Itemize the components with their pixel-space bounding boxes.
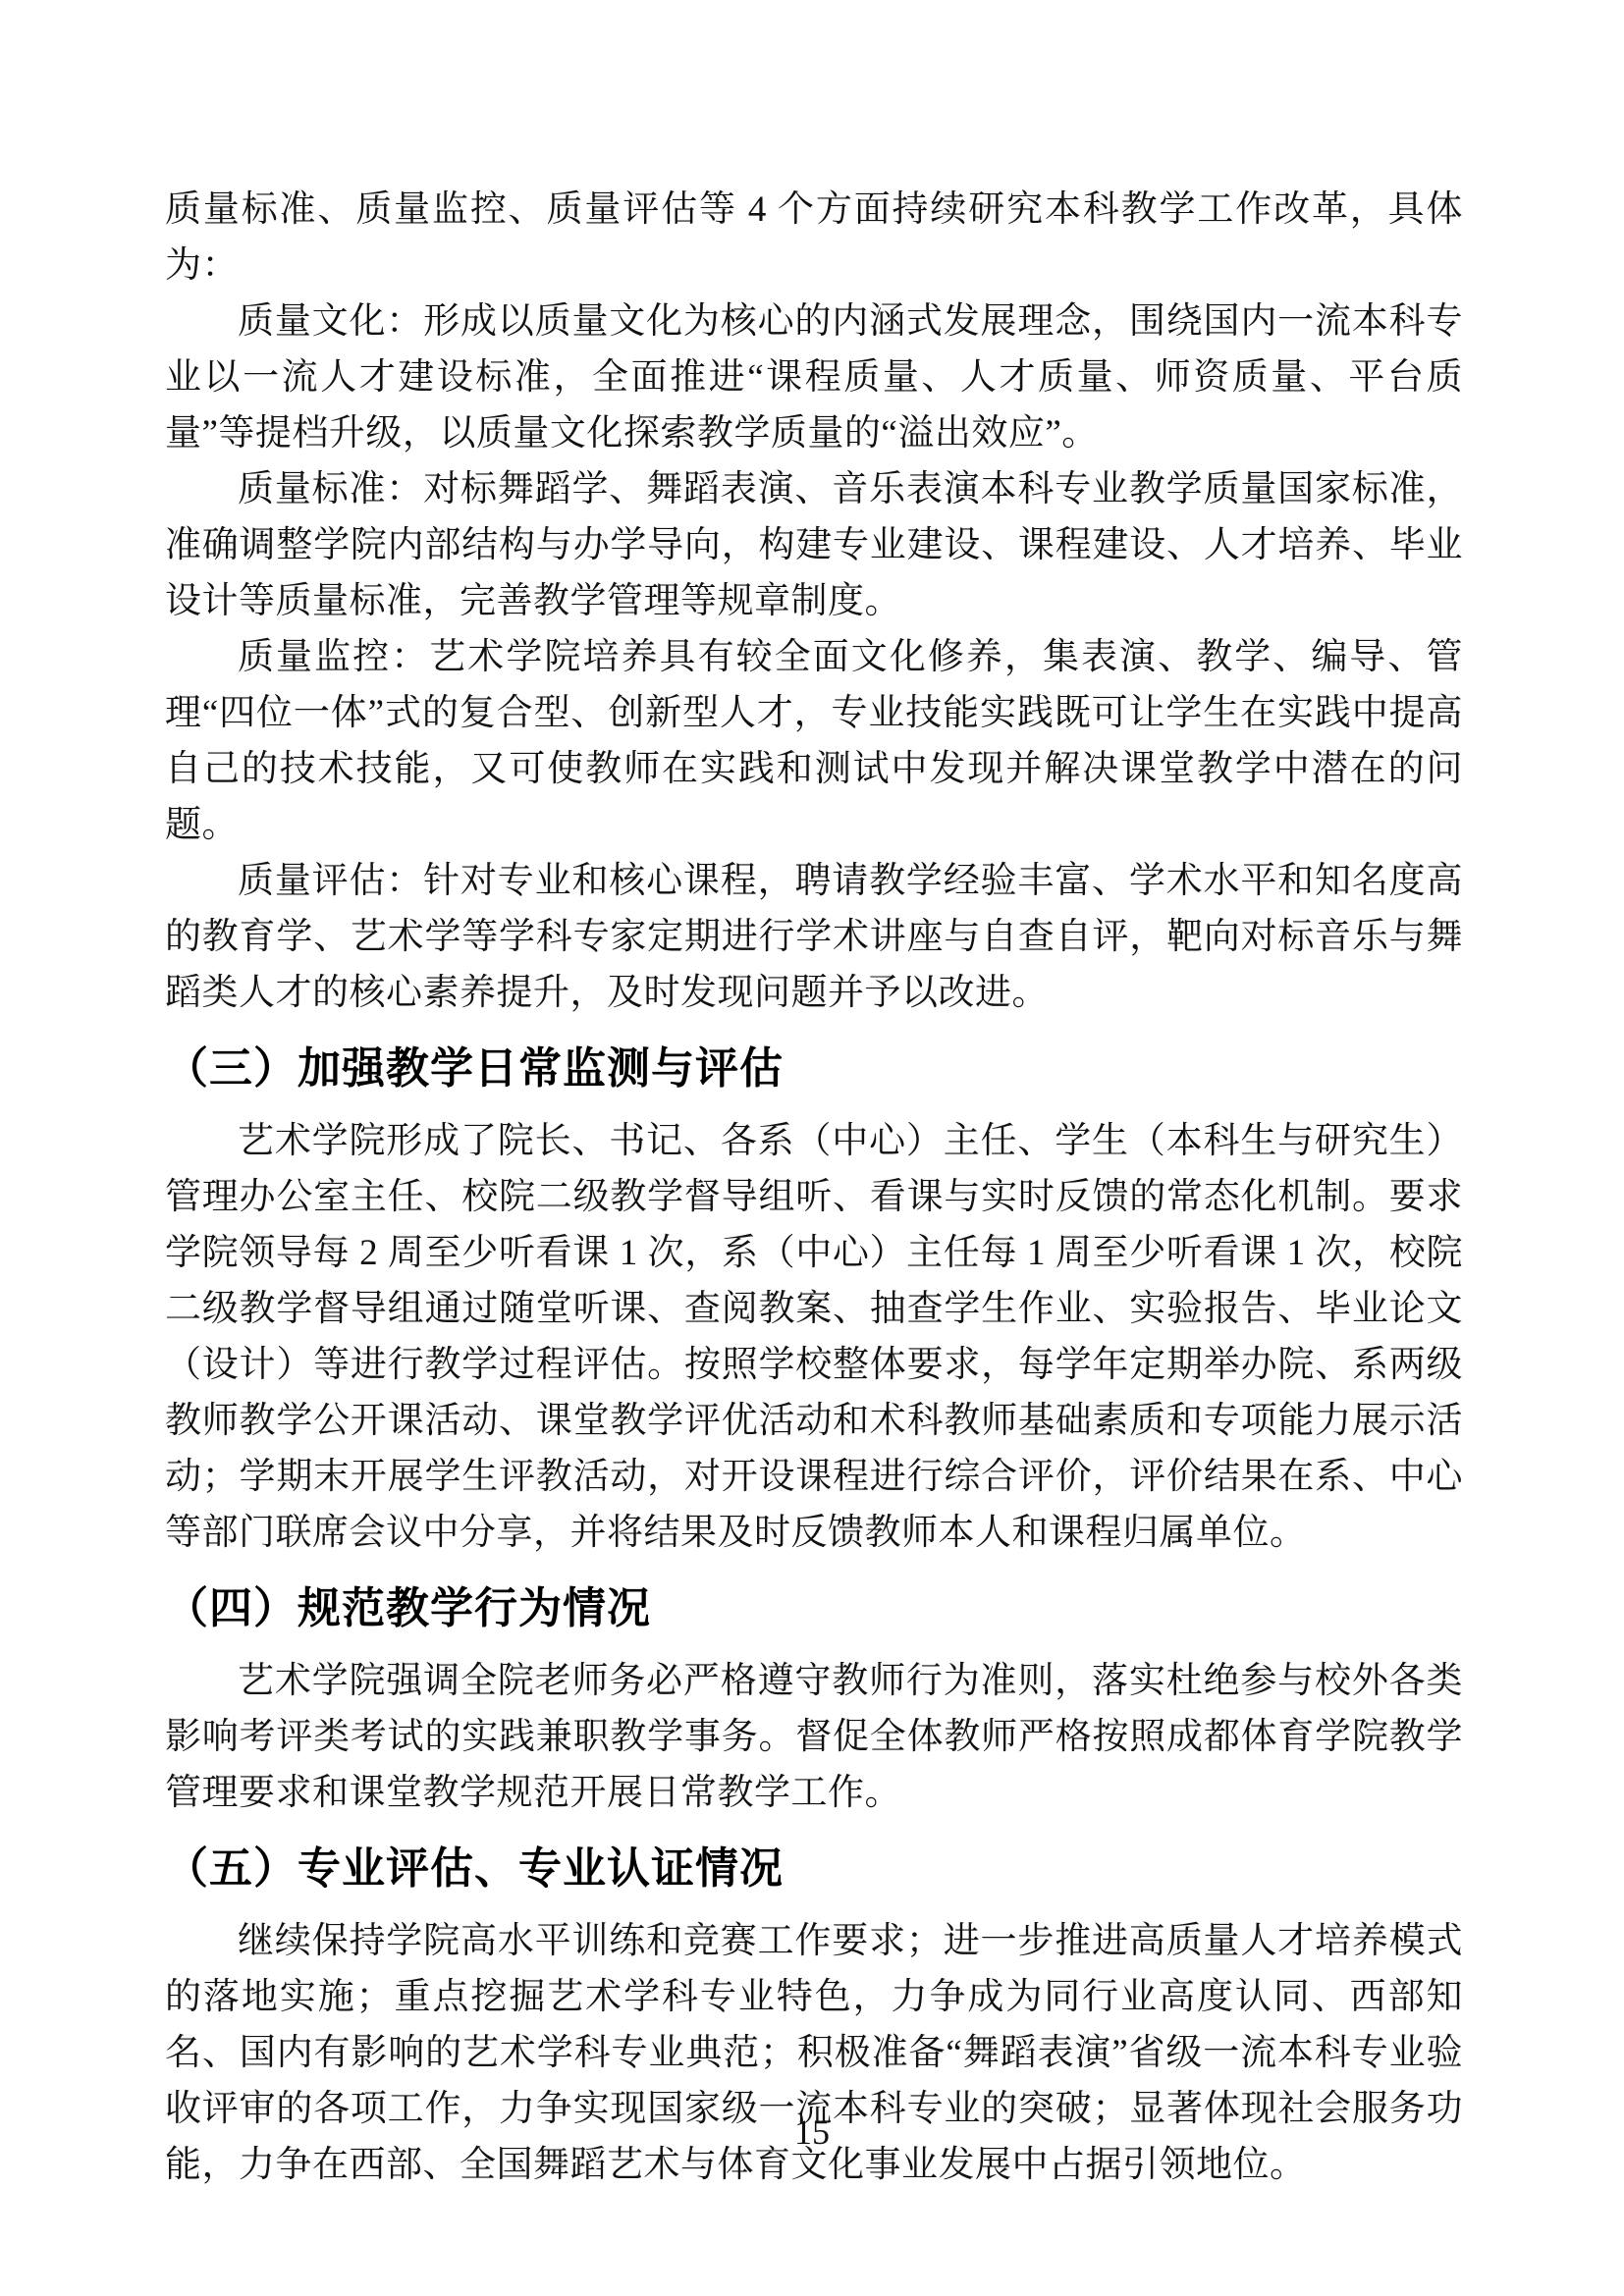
body-paragraph: 质量文化：形成以质量文化为核心的内涵式发展理念，围绕国内一流本科专业以一流人才建… (165, 294, 1463, 461)
body-paragraph: 质量评估：针对专业和核心课程，聘请教学经验丰富、学术水平和知名度高的教育学、艺术… (165, 853, 1463, 1021)
document-page: 质量标准、质量监控、质量评估等 4 个方面持续研究本科教学工作改革，具体为：质量… (0, 0, 1624, 2296)
body-paragraph: 艺术学院形成了院长、书记、各系（中心）主任、学生（本科生与研究生）管理办公室主任… (165, 1113, 1463, 1561)
body-paragraph: 质量标准：对标舞蹈学、舞蹈表演、音乐表演本科专业教学质量国家标准，准确调整学院内… (165, 461, 1463, 629)
body-paragraph: 艺术学院强调全院老师务必严格遵守教师行为准则，落实杜绝参与校外各类影响考评类考试… (165, 1653, 1463, 1821)
body-paragraph: 质量监控：艺术学院培养具有较全面文化修养，集表演、教学、编导、管理“四位一体”式… (165, 629, 1463, 853)
body-paragraph: 质量标准、质量监控、质量评估等 4 个方面持续研究本科教学工作改革，具体为： (165, 182, 1463, 294)
document-body: 质量标准、质量监控、质量评估等 4 个方面持续研究本科教学工作改革，具体为：质量… (165, 182, 1463, 2193)
section-heading: （四）规范教学行为情况 (165, 1578, 1463, 1639)
section-heading: （三）加强教学日常监测与评估 (165, 1039, 1463, 1099)
section-heading: （五）专业评估、专业认证情况 (165, 1839, 1463, 1899)
page-number: 15 (0, 2110, 1624, 2154)
